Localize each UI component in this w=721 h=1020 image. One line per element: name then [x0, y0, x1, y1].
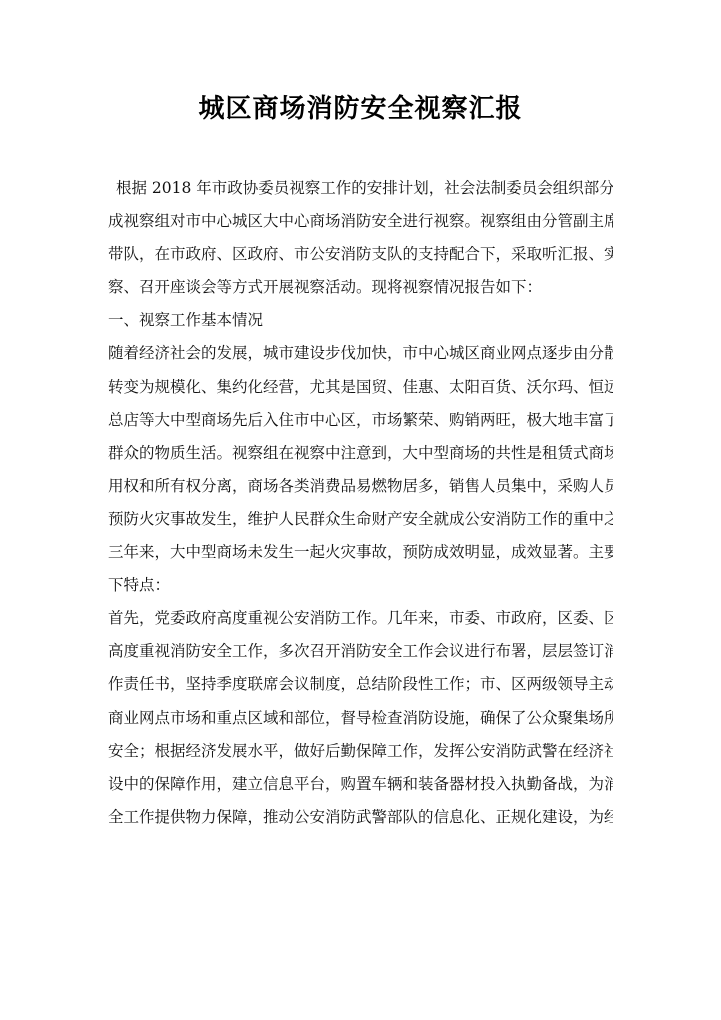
- body-line: 下特点：: [108, 569, 613, 602]
- body-line: 商业网点市场和重点区域和部位，督导检查消防设施，确保了公众聚集场所消防: [108, 702, 613, 735]
- body-line: 作责任书，坚持季度联席会议制度，总结阶段性工作；市、区两级领导主动视察: [108, 668, 613, 701]
- body-line: 群众的物质生活。视察组在视察中注意到，大中型商场的共性是租赁式商场，使: [108, 437, 613, 470]
- body-line: 预防火灾事故发生，维护人民群众生命财产安全就成公安消防工作的重中之重。: [108, 503, 613, 536]
- body-line: 察、召开座谈会等方式开展视察活动。现将视察情况报告如下：: [108, 271, 613, 304]
- body-line: 安全；根据经济发展水平，做好后勤保障工作，发挥公安消防武警在经济社会建: [108, 735, 613, 768]
- body-line: 成视察组对市中心城区大中心商场消防安全进行视察。视察组由分管副主席邓刚: [108, 205, 613, 238]
- body-line: 总店等大中型商场先后入住市中心区，市场繁荣、购销两旺，极大地丰富了人民: [108, 404, 613, 437]
- body-line: 随着经济社会的发展，城市建设步伐加快，市中心城区商业网点逐步由分散经营: [108, 337, 613, 370]
- body-line: 转变为规模化、集约化经营，尤其是国贸、佳惠、太阳百货、沃尔玛、恒远意通: [108, 371, 613, 404]
- body-line: 高度重视消防安全工作，多次召开消防安全工作会议进行布署，层层签订消防工: [108, 635, 613, 668]
- section-heading: 一、视察工作基本情况: [108, 304, 613, 337]
- document-title: 城区商场消防安全视察汇报: [0, 88, 721, 125]
- body-line: 根据 2018 年市政协委员视察工作的安排计划，社会法制委员会组织部分委员组: [108, 172, 613, 205]
- document-page: 城区商场消防安全视察汇报 根据 2018 年市政协委员视察工作的安排计划，社会法…: [0, 0, 721, 1020]
- body-line: 全工作提供物力保障，推动公安消防武警部队的信息化、正规化建设，为经济发: [108, 801, 613, 834]
- document-body: 根据 2018 年市政协委员视察工作的安排计划，社会法制委员会组织部分委员组 成…: [108, 172, 613, 834]
- body-line: 带队，在市政府、区政府、市公安消防支队的支持配合下，采取听汇报、实地视: [108, 238, 613, 271]
- body-line: 首先，党委政府高度重视公安消防工作。几年来，市委、市政府，区委、区政府: [108, 602, 613, 635]
- body-line: 设中的保障作用，建立信息平台，购置车辆和装备器材投入执勤备战，为消防安: [108, 768, 613, 801]
- body-line: 三年来，大中型商场未发生一起火灾事故，预防成效明显，成效显著。主要有以: [108, 536, 613, 569]
- body-line: 用权和所有权分离，商场各类消费品易燃物居多，销售人员集中，采购人员密集，: [108, 470, 613, 503]
